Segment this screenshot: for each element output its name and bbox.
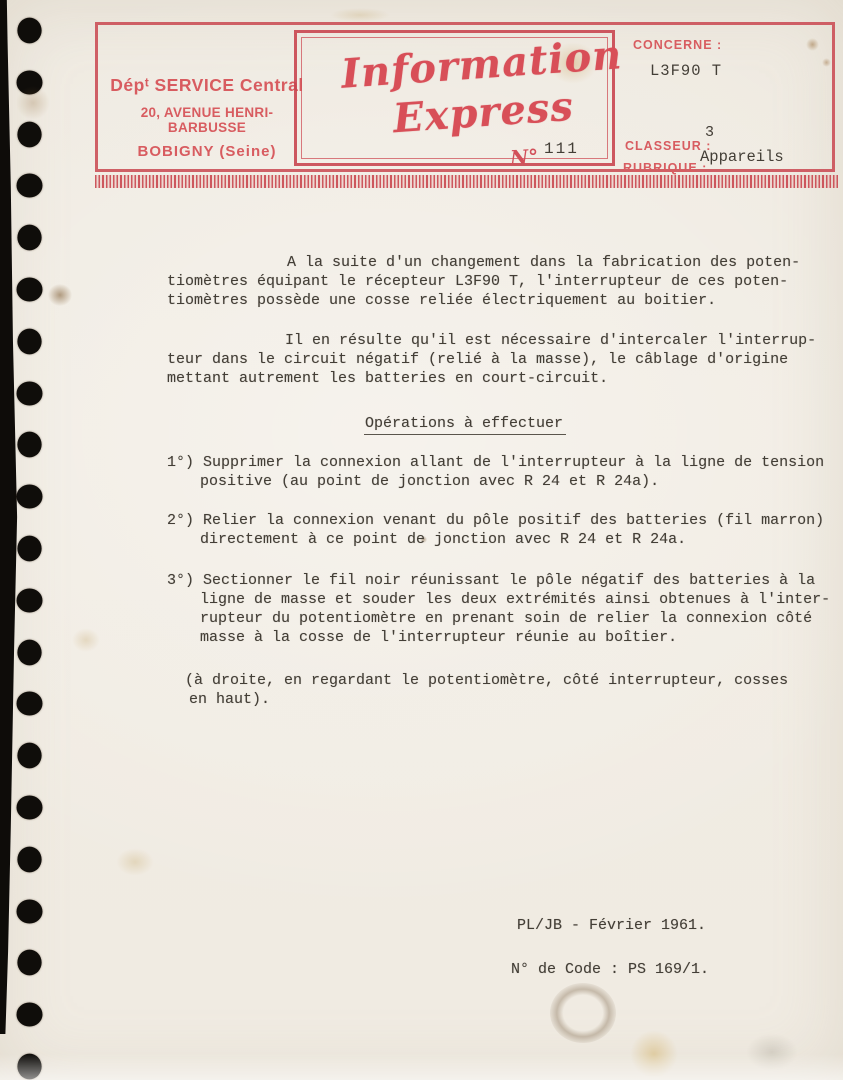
binding-hole	[17, 485, 43, 509]
stamp-address-block: Dépᵗ SERVICE Central 20, AVENUE HENRI-BA…	[108, 75, 306, 160]
binding-hole	[17, 950, 41, 976]
signature-date-line: PL/JB - Février 1961.	[517, 917, 706, 934]
binding-hole	[17, 278, 43, 302]
binding-hole	[17, 536, 41, 562]
stamp-street-address: 20, AVENUE HENRI-BARBUSSE	[108, 105, 306, 135]
stamp-hatch-band	[95, 175, 838, 188]
binding-hole	[17, 174, 43, 198]
binding-hole	[17, 692, 43, 716]
stamp-number-label: N°	[509, 144, 538, 169]
paper-stain	[116, 848, 154, 876]
paper-stain	[330, 8, 390, 22]
operations-heading-wrap: Opérations à effectuer	[364, 414, 566, 432]
operation-item-3: 3°) Sectionner le fil noir réunissant le…	[167, 571, 843, 647]
code-number-line: N° de Code : PS 169/1.	[511, 961, 709, 978]
stamp-department: Dépᵗ SERVICE Central	[108, 75, 306, 96]
binding-hole	[17, 70, 43, 94]
scanned-document-page: Dépᵗ SERVICE Central 20, AVENUE HENRI-BA…	[0, 0, 843, 1080]
scan-bottom-highlight	[0, 1054, 843, 1080]
binding-hole	[17, 381, 43, 405]
binding-hole	[17, 121, 41, 147]
binding-hole	[17, 899, 43, 923]
binding-hole	[17, 796, 43, 820]
paper-stain	[72, 628, 100, 652]
binding-hole	[17, 18, 41, 44]
header-stamp: Dépᵗ SERVICE Central 20, AVENUE HENRI-BA…	[95, 22, 835, 172]
stamp-title-box: Information Express N° 111	[294, 30, 615, 166]
rubrique-value: Appareils	[700, 148, 784, 166]
binding-hole	[17, 743, 41, 769]
binding-hole	[17, 846, 41, 872]
scan-edge-strip	[0, 0, 18, 1034]
paper-stain	[48, 284, 72, 306]
binding-hole	[17, 639, 41, 665]
classeur-label: CLASSEUR :	[625, 139, 711, 153]
rubrique-label: RUBRIQUE :	[623, 161, 707, 175]
stamp-city: BOBIGNY (Seine)	[108, 143, 306, 160]
operation-item-1: 1°) Supprimer la connexion allant de l'i…	[167, 453, 843, 491]
stamp-title-line1: Information	[340, 31, 624, 98]
binding-hole	[17, 1003, 43, 1027]
binding-hole	[17, 328, 41, 354]
paper-stain	[550, 983, 616, 1043]
operation-item-2: 2°) Relier la connexion venant du pôle p…	[167, 511, 843, 549]
concerne-label: CONCERNE :	[633, 38, 722, 52]
paragraph-2: Il en résulte qu'il est nécessaire d'int…	[167, 331, 835, 388]
binding-hole	[17, 432, 41, 458]
binding-hole	[17, 588, 43, 612]
binding-hole	[17, 225, 41, 251]
paragraph-1: A la suite d'un changement dans la fabri…	[167, 253, 835, 310]
parenthetical-note: (à droite, en regardant le potentiomètre…	[167, 671, 843, 709]
stamp-number-value: 111	[544, 140, 579, 158]
concerne-value: L3F90 T	[650, 62, 722, 80]
operations-heading: Opérations à effectuer	[364, 415, 566, 435]
